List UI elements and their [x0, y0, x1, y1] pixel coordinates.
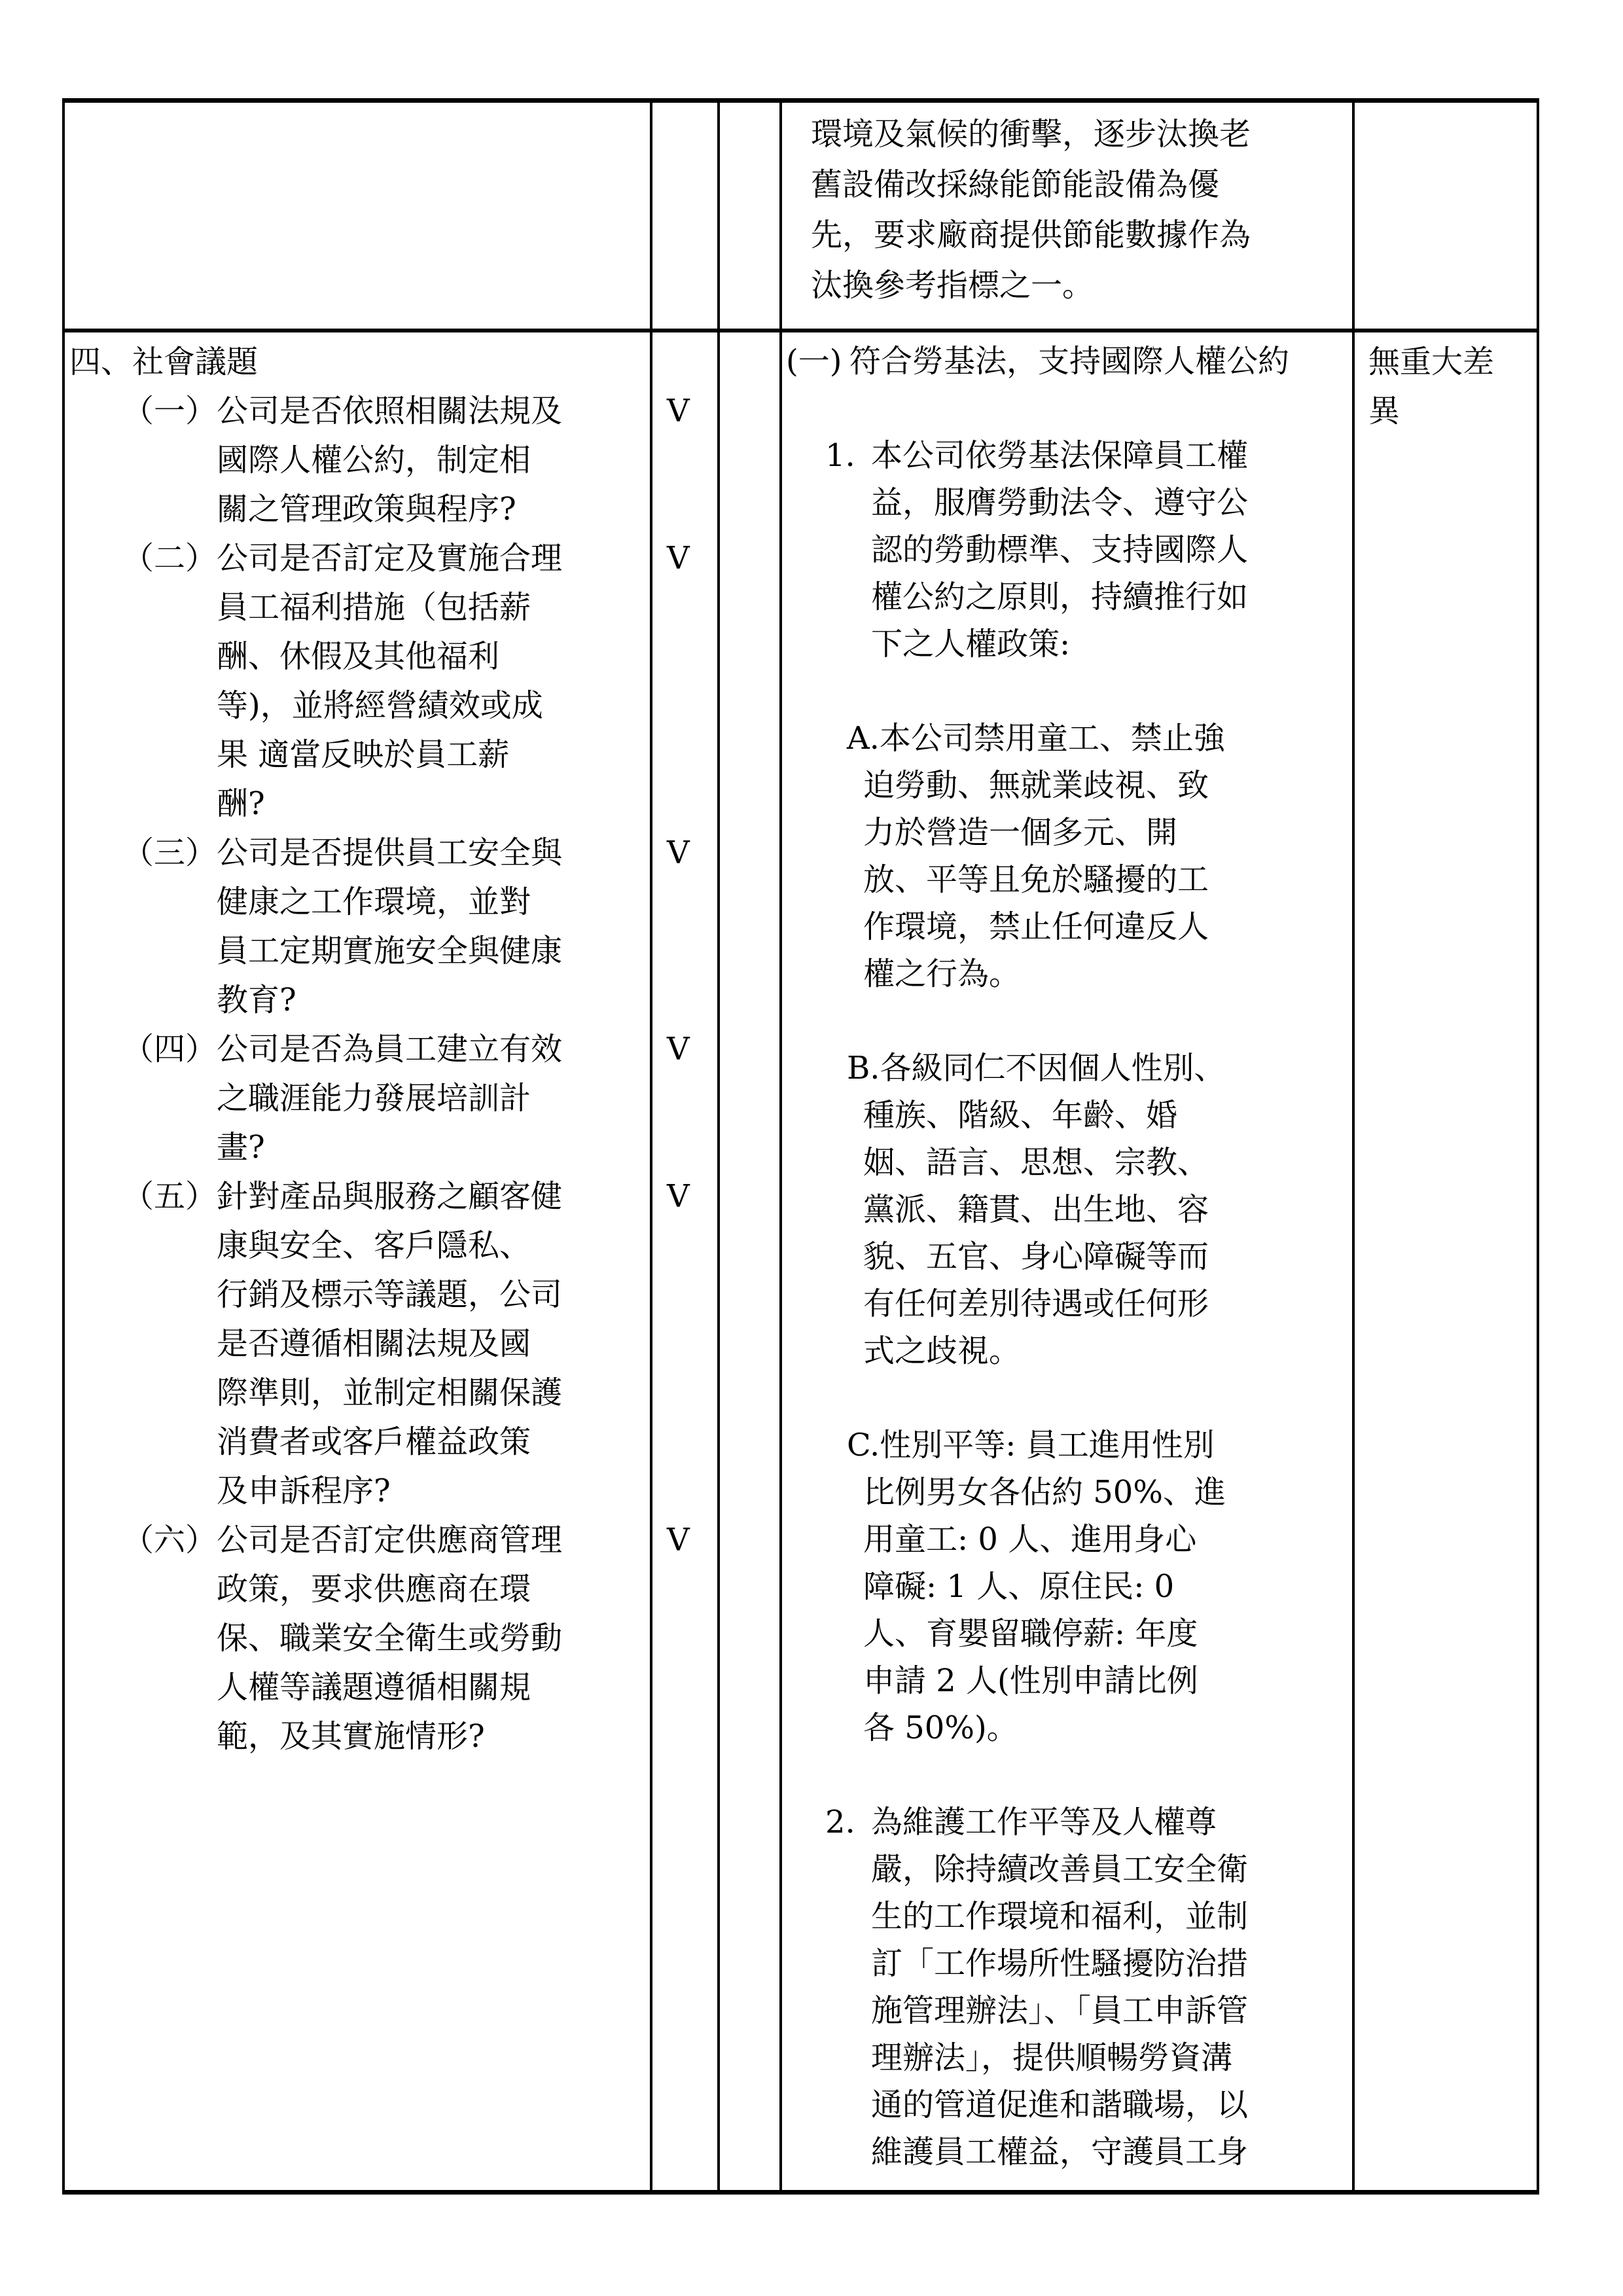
answer-policy-c: C.性別平等: 員工進用性別 比例男女各佔約 50%、進 用童工: 0 人、進用… [847, 1422, 1348, 1751]
question-cell-continued [65, 103, 652, 332]
question-number: （三） [122, 829, 217, 1025]
question-text: 公司是否訂定供應商管理 政策，要求供應商在環 保、職業安全衛生或勞動 人權等議題… [217, 1516, 562, 1761]
answer-heading: (一) 符合勞基法，支持國際人權公約 [782, 338, 1348, 385]
answer-cell-continued: 環境及氣候的衝擊，逐步汰換老 舊設備改採綠能節能設備為優 先，要求廠商提供節能數… [782, 103, 1355, 332]
question-text: 針對產品與服務之顧客健 康與安全、客戶隱私、 行銷及標示等議題，公司 是否遵循相… [217, 1172, 562, 1516]
check-mark-2: V [667, 534, 690, 583]
answer-policy-b: B.各級同仁不因個人性別、 種族、階級、年齡、婚 姻、語言、思想、宗教、 黨派、… [847, 1045, 1348, 1374]
answer-policy-a: A.本公司禁用童工、禁止強 迫勞動、無就業歧視、致 力於營造一個多元、開 放、平… [847, 715, 1348, 997]
answer-continuation-text: 環境及氣候的衝擊，逐步汰換老 舊設備改採綠能節能設備為優 先，要求廠商提供節能數… [782, 103, 1352, 311]
question-number: （一） [122, 387, 217, 534]
check-yes-cell-continued [652, 103, 720, 332]
difference-cell: 無重大差 異 [1355, 332, 1537, 2190]
check-mark-6: V [667, 1516, 690, 1565]
question-text: 公司是否提供員工安全與 健康之工作環境，並對 員工定期實施安全與健康 教育? [217, 829, 562, 1025]
csr-questionnaire-table: 環境及氣候的衝擊，逐步汰換老 舊設備改採綠能節能設備為優 先，要求廠商提供節能數… [62, 98, 1539, 2195]
question-item-1: （一） 公司是否依照相關法規及 國際人權公約，制定相 關之管理政策與程序? [122, 387, 650, 534]
question-number: （六） [122, 1516, 217, 1761]
question-text: 公司是否依照相關法規及 國際人權公約，制定相 關之管理政策與程序? [217, 387, 562, 534]
question-text: 公司是否訂定及實施合理 員工福利措施（包括薪 酬、休假及其他福利 等)，並將經營… [217, 534, 562, 829]
question-number: （五） [122, 1172, 217, 1516]
check-mark-5: V [667, 1172, 690, 1221]
question-cell: 四、社會議題 （一） 公司是否依照相關法規及 國際人權公約，制定相 關之管理政策… [65, 332, 652, 2190]
difference-note: 無重大差 異 [1355, 332, 1537, 436]
check-mark-1: V [667, 387, 690, 436]
difference-cell-continued [1355, 103, 1537, 332]
question-item-6: （六） 公司是否訂定供應商管理 政策，要求供應商在環 保、職業安全衛生或勞動 人… [122, 1516, 650, 1761]
question-number: （二） [122, 534, 217, 829]
question-number: （四） [122, 1025, 217, 1172]
question-item-5: （五） 針對產品與服務之顧客健 康與安全、客戶隱私、 行銷及標示等議題，公司 是… [122, 1172, 650, 1516]
question-text: 公司是否為員工建立有效 之職涯能力發展培訓計 畫? [217, 1025, 562, 1172]
answer-point-text: 為維護工作平等及人權尊 嚴，除持續改善員工安全衛 生的工作環境和福利，並制 訂「… [871, 1799, 1248, 2176]
answer-point-number: 2. [825, 1799, 871, 2176]
check-yes-cell: V V V V V V [652, 332, 720, 2190]
answer-heading-number: (一) [786, 338, 849, 385]
question-item-3: （三） 公司是否提供員工安全與 健康之工作環境，並對 員工定期實施安全與健康 教… [122, 829, 650, 1025]
check-mark-4: V [667, 1025, 690, 1074]
check-no-cell [720, 332, 782, 2190]
answer-heading-text: 符合勞基法，支持國際人權公約 [849, 338, 1289, 385]
answer-point-1: 1. 本公司依勞基法保障員工權 益，服膺勞動法令、遵守公 認的勞動標準、支持國際… [825, 432, 1348, 668]
document-page: 環境及氣候的衝擊，逐步汰換老 舊設備改採綠能節能設備為優 先，要求廠商提供節能數… [0, 0, 1623, 2296]
answer-point-number: 1. [825, 432, 871, 668]
check-no-cell-continued [720, 103, 782, 332]
answer-point-text: 本公司依勞基法保障員工權 益，服膺勞動法令、遵守公 認的勞動標準、支持國際人 權… [871, 432, 1248, 668]
answer-cell: (一) 符合勞基法，支持國際人權公約 1. 本公司依勞基法保障員工權 益，服膺勞… [782, 332, 1355, 2190]
question-item-2: （二） 公司是否訂定及實施合理 員工福利措施（包括薪 酬、休假及其他福利 等)，… [122, 534, 650, 829]
question-item-4: （四） 公司是否為員工建立有效 之職涯能力發展培訓計 畫? [122, 1025, 650, 1172]
answer-point-2: 2. 為維護工作平等及人權尊 嚴，除持續改善員工安全衛 生的工作環境和福利，並制… [825, 1799, 1348, 2176]
check-mark-3: V [667, 829, 690, 878]
section-title: 四、社會議題 [65, 338, 650, 387]
